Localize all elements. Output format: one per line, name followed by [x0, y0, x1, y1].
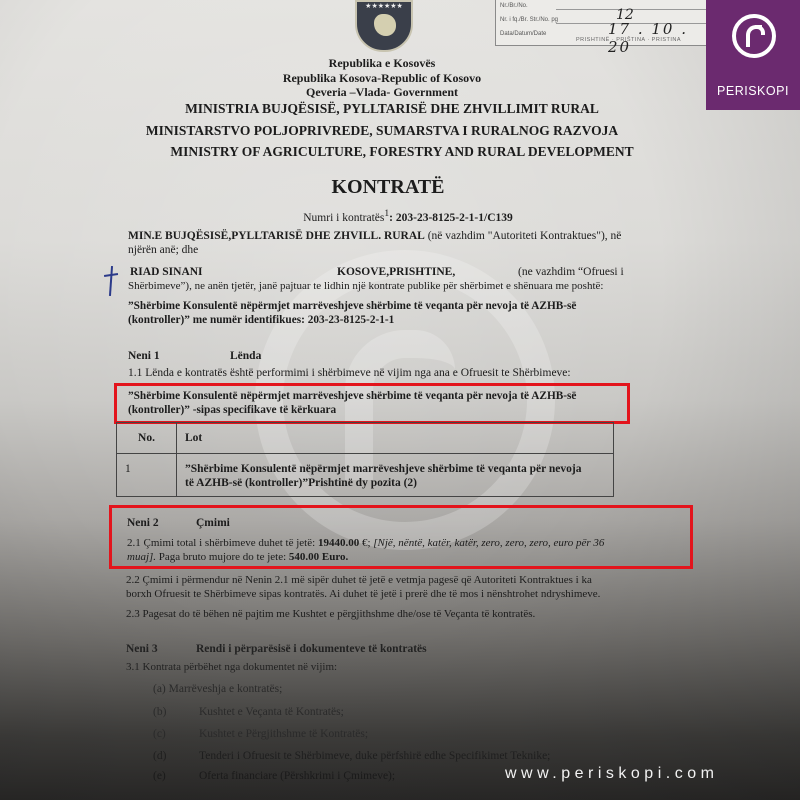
- header-government: Qeveria –Vlada- Government: [0, 85, 782, 100]
- list-text: Kushtet e Veçanta të Kontratës;: [199, 706, 344, 718]
- price-currency: €;: [359, 537, 373, 549]
- stars-icon: ★★★★★★: [357, 2, 411, 10]
- list-marker: (a) Marrëveshja e kontratës;: [153, 683, 282, 695]
- ministry-name-en: MINISTRY OF AGRICULTURE, FORESTRY AND RU…: [2, 144, 800, 160]
- provider-description: (ne vazhdim “Ofruesi i: [518, 265, 624, 279]
- list-item: (b) Kushtet e Veçanta të Kontratës;: [153, 706, 166, 718]
- header-republic-sr-en: Republika Kosova-Republic of Kosovo: [0, 71, 782, 86]
- ministry-name-sr: MINISTARSTVO POLJOPRIVREDE, SUMARSTVA I …: [0, 123, 782, 139]
- registry-stamp: Nr./Br./No. Nr. i fq./Br. Str./No. pg Da…: [495, 0, 715, 46]
- table-row: 1 ”Shërbime Konsulentë nëpërmjet marrëve…: [117, 454, 614, 497]
- article3-p1: 3.1 Kontrata përbëhet nga dokumentet në …: [126, 660, 337, 674]
- list-item: (e) Oferta financiare (Përshkrimi i Çmim…: [153, 770, 166, 782]
- lot-line2: të AZHB-së (kontroller)”Prishtinë dy poz…: [185, 476, 605, 490]
- article2-p3: 2.3 Pagesat do të bëhen në pajtim me Kus…: [126, 607, 535, 621]
- handwritten-mark-icon: [104, 266, 118, 296]
- lot-line1: ”Shërbime Konsulentë nëpërmjet marrëvesh…: [185, 462, 605, 476]
- table-cell-no: 1: [117, 454, 177, 497]
- list-marker: (d): [153, 750, 166, 762]
- total-price: 19440.00: [318, 537, 359, 549]
- article2-p2-line2: borxh Ofruesit te Shërbimeve sipas kontr…: [126, 587, 600, 601]
- lot-table: No. Lot 1 ”Shërbime Konsulentë nëpërmjet…: [116, 422, 614, 497]
- article1-label: Neni 1: [128, 349, 160, 363]
- kosovo-crest-icon: ★★★★★★: [355, 0, 413, 52]
- article2-p1-line2: muaj]. Paga bruto mujore do te jete: 540…: [127, 550, 348, 564]
- price-prefix: 2.1 Çmimi total i shërbimeve duhet të je…: [127, 537, 318, 549]
- authority-description: (në vazhdim "Autoriteti Kontraktues"), n…: [425, 230, 622, 242]
- monthly-salary: 540.00 Euro.: [289, 551, 348, 563]
- subject-line2: (kontroller)” me numër identifikues: 203…: [128, 313, 394, 327]
- table-cell-lot: ”Shërbime Konsulentë nëpërmjet marrëvesh…: [177, 454, 614, 497]
- article2-p1: 2.1 Çmimi total i shërbimeve duhet të je…: [127, 536, 604, 550]
- provider-name: RIAD SINANI: [130, 265, 203, 279]
- list-item: (c) Kushtet e Përgjithshme të Kontratës;: [153, 728, 166, 740]
- stamp-city: PRISHTINË · PRIŠTINA · PRISTINA: [576, 37, 681, 43]
- kosovo-map-icon: [374, 14, 396, 36]
- stamp-label-date: Data/Datum/Date: [500, 31, 546, 37]
- list-marker: (b): [153, 706, 166, 718]
- table-header-lot: Lot: [177, 423, 614, 454]
- article3-title: Rendi i përparësisë i dokumenteve të kon…: [196, 642, 427, 656]
- table-header-no: No.: [117, 423, 177, 454]
- document-title: KONTRATË: [0, 176, 788, 199]
- list-text: Oferta financiare (Përshkrimi i Çmimeve)…: [199, 770, 395, 782]
- party-authority-line2: njërën anë; dhe: [128, 243, 198, 257]
- article2-p2-line1: 2.2 Çmimi i përmendur në Nenin 2.1 më si…: [126, 573, 592, 587]
- party-authority: MIN.E BUJQËSISË,PYLLTARISË DHE ZHVILL. R…: [128, 229, 621, 243]
- article1-title: Lënda: [230, 349, 261, 363]
- contract-number: Numri i kontratës1: 203-23-8125-2-1-1/C1…: [8, 208, 800, 224]
- article2-label: Neni 2: [127, 516, 159, 530]
- article1-highlight-line1: ”Shërbime Konsulentë nëpërmjet marrëvesh…: [128, 389, 576, 403]
- stamp-label-pages: Nr. i fq./Br. Str./No. pg: [500, 17, 558, 23]
- list-item: (d) Tenderi i Ofruesit te Shërbimeve, du…: [153, 750, 166, 762]
- price-in-words: [Një, nëntë, katër, katër, zero, zero, z…: [373, 537, 604, 549]
- list-marker: (c): [153, 728, 166, 740]
- provider-line2: Shërbimeve”), ne anën tjetër, janë pajtu…: [128, 279, 603, 293]
- subject-line1: ”Shërbime Konsulentë nëpërmjet marrëvesh…: [128, 299, 576, 313]
- ministry-name-sq: MINISTRIA BUJQËSISË, PYLLTARISË DHE ZHVI…: [0, 101, 792, 117]
- table-header-row: No. Lot: [117, 423, 614, 454]
- price-in-words-end: muaj].: [127, 551, 156, 563]
- list-text: Tenderi i Ofruesit te Shërbimeve, duke p…: [199, 750, 550, 762]
- list-text: Kushtet e Përgjithshme të Kontratës;: [199, 728, 368, 740]
- list-marker: (e): [153, 770, 166, 782]
- list-item: (a) Marrëveshja e kontratës;: [153, 683, 282, 695]
- header-republic-sq: Republika e Kosovës: [0, 56, 782, 71]
- article3-label: Neni 3: [126, 642, 158, 656]
- stamp-label-nr: Nr./Br./No.: [500, 3, 528, 9]
- article1-highlight-line2: (kontroller)” -sipas specifikave të kërk…: [128, 403, 336, 417]
- article1-p1: 1.1 Lënda e kontratës është performimi i…: [128, 366, 571, 380]
- contract-number-value: : 203-23-8125-2-1-1/C139: [389, 212, 513, 224]
- contract-number-label: Numri i kontratës: [303, 212, 384, 224]
- salary-prefix: Paga bruto mujore do te jete:: [156, 551, 289, 563]
- article2-title: Çmimi: [196, 516, 230, 530]
- website-link[interactable]: www.periskopi.com: [505, 765, 718, 783]
- provider-place: KOSOVE,PRISHTINE,: [337, 265, 455, 279]
- authority-name: MIN.E BUJQËSISË,PYLLTARISË DHE ZHVILL. R…: [128, 230, 425, 242]
